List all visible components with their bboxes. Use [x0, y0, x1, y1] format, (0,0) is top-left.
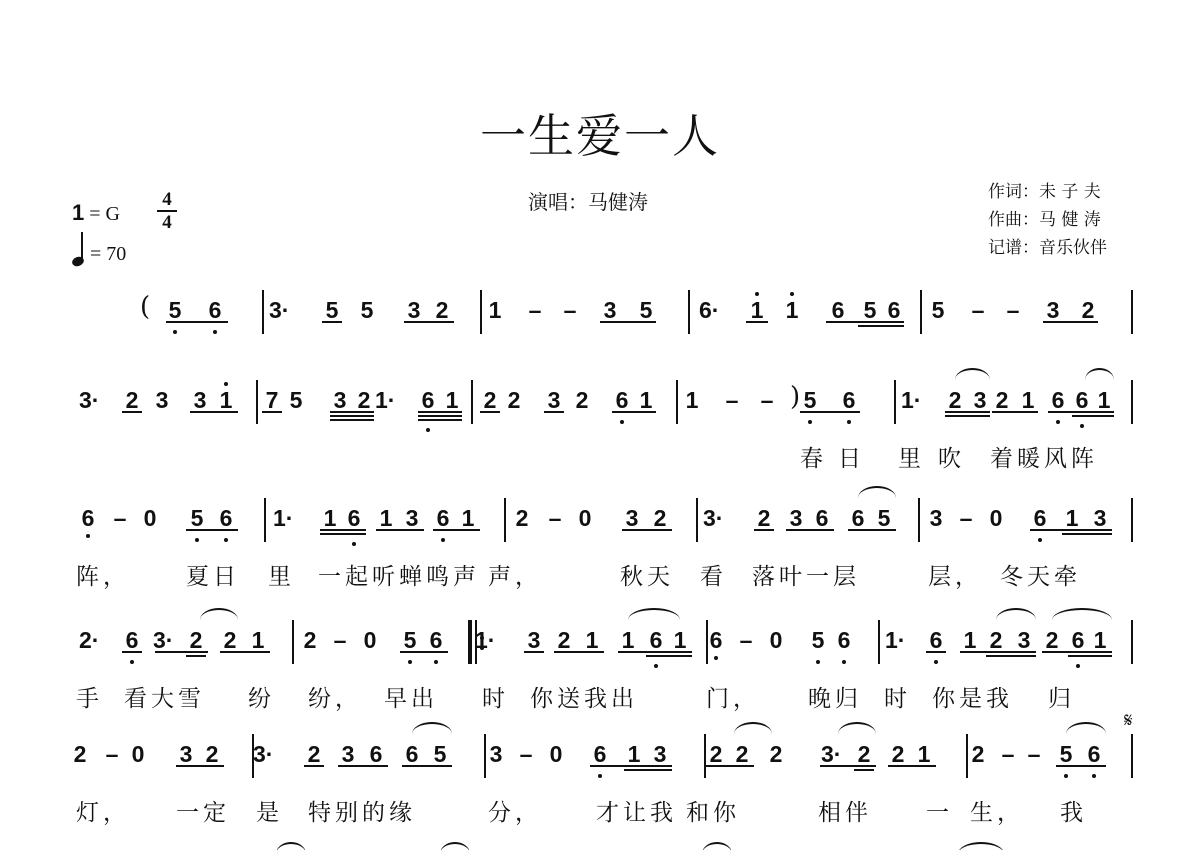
note: 5 [809, 628, 827, 652]
slur [734, 722, 772, 734]
note: 6 [345, 506, 363, 530]
note: 6 [434, 506, 452, 530]
underline-beam [1048, 411, 1114, 413]
slur [838, 722, 876, 734]
low-octave-dot [620, 420, 624, 424]
note: 3· [153, 628, 183, 652]
note: 6 [835, 628, 853, 652]
time-bottom: 4 [157, 213, 177, 232]
barline [688, 290, 690, 334]
underline-beam [826, 321, 904, 323]
note: 3 [331, 388, 349, 412]
barline [1131, 498, 1133, 542]
low-octave-dot [441, 538, 445, 542]
underline-beam [1043, 321, 1098, 323]
underline-beam [418, 419, 462, 421]
note: 3 [487, 742, 505, 766]
underline-beam [320, 529, 366, 531]
low-octave-dot [195, 538, 199, 542]
note: 1 [583, 628, 601, 652]
underline-beam [433, 529, 480, 531]
note: – [957, 506, 975, 530]
note: – [1025, 742, 1043, 766]
note: 2 [555, 628, 573, 652]
underline-beam [945, 411, 990, 413]
note: 2 [889, 742, 907, 766]
time-signature: 4 4 [157, 190, 177, 232]
note: 6 [707, 628, 725, 652]
barline [262, 290, 264, 334]
note: 6 [613, 388, 631, 412]
barline [1131, 380, 1133, 424]
note: 0 [767, 628, 785, 652]
note: 1 [1095, 388, 1113, 412]
lyric-text: 生， [970, 794, 1024, 827]
note: 6 [591, 742, 609, 766]
lyric-text: 看 [700, 558, 727, 591]
note: 5 [431, 742, 449, 766]
note: 2 [767, 742, 785, 766]
note: 3 [405, 298, 423, 322]
note: – [737, 628, 755, 652]
underline-beam [402, 765, 452, 767]
note: 2 [855, 742, 873, 766]
underline-beam [155, 651, 208, 653]
lyric-text: 早出 [384, 680, 438, 713]
barline [292, 620, 294, 664]
lyric-text: 里 [898, 440, 925, 473]
note: 0 [987, 506, 1005, 530]
note: 3 [525, 628, 543, 652]
lyric-text: 归 [1048, 680, 1075, 713]
note: 1 [619, 628, 637, 652]
note: 3 [787, 506, 805, 530]
note: 6 [1049, 388, 1067, 412]
underline-beam [1030, 529, 1112, 531]
note: 1 [683, 388, 701, 412]
note: 2 [123, 388, 141, 412]
lyric-text: 日 [838, 440, 865, 473]
note: 6· [699, 298, 729, 322]
lyric-text: 一 [926, 794, 953, 827]
note: 6 [849, 506, 867, 530]
barline [706, 620, 708, 664]
underline-beam [400, 651, 448, 653]
note: 5 [401, 628, 419, 652]
singer-credit: 演唱：马健涛 [528, 186, 648, 215]
barline [918, 498, 920, 542]
underline-beam [166, 321, 228, 323]
note: 2 [733, 742, 751, 766]
barline [480, 290, 482, 334]
underline-beam [858, 325, 904, 327]
note: 3· [269, 298, 299, 322]
note: 0 [576, 506, 594, 530]
note: 2 [71, 742, 89, 766]
underline-beam [220, 651, 270, 653]
note: 1 [321, 506, 339, 530]
low-octave-dot [1056, 420, 1060, 424]
note: 0 [547, 742, 565, 766]
high-octave-dot [224, 382, 228, 386]
lyric-text: 夏日 [186, 558, 240, 591]
barline [894, 380, 896, 424]
lyric-text: 特别的缘 [308, 794, 416, 827]
tempo-value: = 70 [90, 243, 126, 266]
note: 3 [623, 506, 641, 530]
note: 5 [861, 298, 879, 322]
barline [878, 620, 880, 664]
note: – [561, 298, 579, 322]
underline-beam [122, 651, 142, 653]
note: 5 [875, 506, 893, 530]
note: 3 [545, 388, 563, 412]
note: 3 [927, 506, 945, 530]
underline-beam [330, 411, 374, 413]
lyric-text: 手 [76, 680, 103, 713]
underline-beam [624, 769, 672, 771]
underline-beam [888, 765, 936, 767]
note: 0 [141, 506, 159, 530]
note: 6 [647, 628, 665, 652]
low-octave-dot [847, 420, 851, 424]
barline [696, 498, 698, 542]
slur [702, 842, 732, 850]
underline-beam [706, 765, 754, 767]
note: 2 [993, 388, 1011, 412]
barline [504, 498, 506, 542]
low-octave-dot [714, 656, 718, 660]
note: 2 [651, 506, 669, 530]
note: 2 [305, 742, 323, 766]
note: 1 [915, 742, 933, 766]
barline [484, 734, 486, 778]
note: 6 [1073, 388, 1091, 412]
slur [200, 608, 238, 620]
lyric-text: 纷， [308, 680, 362, 713]
lyric-text: 层， [928, 558, 982, 591]
slur [858, 486, 896, 498]
note: 2 [987, 628, 1005, 652]
note: 5 [287, 388, 305, 412]
underline-beam [262, 411, 282, 413]
underline-beam [304, 765, 324, 767]
note: 2 [1043, 628, 1061, 652]
underline-beam [992, 411, 1038, 413]
low-octave-dot [654, 664, 658, 668]
barline [252, 734, 254, 778]
key-tonic: 1 [72, 200, 84, 225]
song-title: 一生爱一人 [0, 100, 1200, 166]
high-octave-dot [755, 292, 759, 296]
barline [966, 734, 968, 778]
underline-beam [176, 765, 224, 767]
underline-beam [800, 411, 860, 413]
low-octave-dot [1064, 774, 1068, 778]
underline-beam [618, 651, 692, 653]
note: 3 [177, 742, 195, 766]
low-octave-dot [408, 660, 412, 664]
note: 6 [1069, 628, 1087, 652]
lyric-text: 才让我 [596, 794, 677, 827]
slur [1066, 722, 1106, 734]
underline-beam [480, 411, 500, 413]
low-octave-dot [842, 660, 846, 664]
note: 5 [358, 298, 376, 322]
note: 6 [123, 628, 141, 652]
lyric-text: 着暖风阵 [990, 440, 1098, 473]
note: 2 [573, 388, 591, 412]
slur [412, 722, 452, 734]
lyric-text: 时 [482, 680, 509, 713]
lyricist-credit: 作词：未 子 夫 [988, 178, 1107, 206]
lyric-text: 分， [488, 794, 542, 827]
note: 6 [419, 388, 437, 412]
underline-beam [338, 765, 388, 767]
note: 1 [249, 628, 267, 652]
note: 3 [971, 388, 989, 412]
note: 2 [969, 742, 987, 766]
note: 1 [459, 506, 477, 530]
low-octave-dot [86, 534, 90, 538]
underline-beam [376, 529, 424, 531]
underline-beam [554, 651, 604, 653]
note: 6 [927, 628, 945, 652]
lyric-text: 阵， [76, 558, 130, 591]
underline-beam [404, 321, 454, 323]
note: 3 [651, 742, 669, 766]
slur [276, 842, 306, 850]
note: 2 [707, 742, 725, 766]
low-octave-dot [130, 660, 134, 664]
barline [471, 380, 473, 424]
underline-beam [1042, 651, 1112, 653]
note: 1 [1019, 388, 1037, 412]
underline-beam [786, 529, 834, 531]
barline [676, 380, 678, 424]
note: 1· [273, 506, 303, 530]
lyric-text: 一起听蝉鸣声 [318, 558, 480, 591]
lyric-text: 秋天 [620, 558, 674, 591]
lyric-text: 冬天牵 [1000, 558, 1081, 591]
underline-beam [646, 655, 692, 657]
note: 2 [187, 628, 205, 652]
lyric-text: 你是我 [932, 680, 1013, 713]
note: 3 [153, 388, 171, 412]
tempo-marking: = 70 [72, 232, 126, 266]
note: 6 [813, 506, 831, 530]
slur [628, 608, 680, 620]
note: 6 [403, 742, 421, 766]
slur [955, 368, 990, 380]
lyric-text: 春 [800, 440, 827, 473]
underline-beam [524, 651, 544, 653]
note: 2 [433, 298, 451, 322]
note: 1 [671, 628, 689, 652]
repeat-barline-thin [475, 620, 477, 664]
note: 1 [783, 298, 801, 322]
note: 6 [829, 298, 847, 322]
parenthesis: ( [140, 292, 150, 322]
note: 2 [301, 628, 319, 652]
repeat-dot [480, 646, 484, 650]
underline-beam [600, 321, 656, 323]
underline-beam [1072, 415, 1114, 417]
note: 1 [1091, 628, 1109, 652]
underline-beam [612, 411, 656, 413]
underline-beam [418, 415, 462, 417]
note: 1 [625, 742, 643, 766]
note: 5 [166, 298, 184, 322]
note: 6 [1031, 506, 1049, 530]
note: 5 [323, 298, 341, 322]
note: – [758, 388, 776, 412]
note: 2· [79, 628, 109, 652]
underline-beam [746, 321, 768, 323]
note: 6 [1085, 742, 1103, 766]
lyric-text: 门， [706, 680, 760, 713]
underline-beam [590, 765, 672, 767]
note: 1 [486, 298, 504, 322]
note: 2 [221, 628, 239, 652]
note: 1 [1063, 506, 1081, 530]
low-octave-dot [434, 660, 438, 664]
underline-beam [418, 411, 462, 413]
note: – [723, 388, 741, 412]
note: 5 [1057, 742, 1075, 766]
low-octave-dot [426, 428, 430, 432]
segno-icon: 𝄋 [1124, 708, 1133, 732]
note: 3 [191, 388, 209, 412]
slur [440, 842, 470, 850]
note: 2 [1079, 298, 1097, 322]
note: 6 [206, 298, 224, 322]
low-octave-dot [816, 660, 820, 664]
note: – [546, 506, 564, 530]
note: 1 [443, 388, 461, 412]
lyric-text: 相伴 [818, 794, 872, 827]
time-top: 4 [157, 190, 177, 209]
underline-beam [320, 533, 366, 535]
lyric-text: 吹 [938, 440, 965, 473]
note: 3 [601, 298, 619, 322]
note: 6 [79, 506, 97, 530]
note: 0 [361, 628, 379, 652]
underline-beam [945, 415, 990, 417]
note: 6 [217, 506, 235, 530]
note: – [1004, 298, 1022, 322]
underline-beam [622, 529, 672, 531]
key-signature: 1 = G [72, 200, 120, 226]
credits-block: 作词：未 子 夫 作曲：马 健 涛 记谱：音乐伙伴 [988, 178, 1107, 262]
note: 3· [253, 742, 283, 766]
note: 3 [403, 506, 421, 530]
low-octave-dot [224, 538, 228, 542]
lyric-text: 你送我出 [530, 680, 638, 713]
note: 2 [505, 388, 523, 412]
lyric-text: 纷 [248, 680, 275, 713]
underline-beam [322, 321, 342, 323]
underline-beam [1062, 533, 1112, 535]
barline [264, 498, 266, 542]
underline-beam [820, 765, 876, 767]
slur [1052, 608, 1112, 620]
slur [1085, 368, 1114, 380]
note: 5 [188, 506, 206, 530]
repeat-dot [480, 636, 484, 640]
low-octave-dot [1080, 424, 1084, 428]
note: 3· [79, 388, 109, 412]
lyric-text: 是 [256, 794, 283, 827]
low-octave-dot [1092, 774, 1096, 778]
quarter-note-icon [72, 232, 86, 266]
note: 1· [885, 628, 915, 652]
underline-beam [190, 411, 238, 413]
barline [1131, 620, 1133, 664]
underline-beam [330, 419, 374, 421]
note: 3· [703, 506, 733, 530]
note: 5 [637, 298, 655, 322]
underline-beam [544, 411, 564, 413]
lyric-text: 和你 [686, 794, 740, 827]
note: 3 [1015, 628, 1033, 652]
note: – [969, 298, 987, 322]
key-name: = G [84, 203, 120, 225]
underline-beam [122, 411, 142, 413]
note: 6 [427, 628, 445, 652]
low-octave-dot [213, 330, 217, 334]
composer-credit: 作曲：马 健 涛 [988, 206, 1107, 234]
note: 7 [263, 388, 281, 412]
underline-beam [186, 655, 206, 657]
note: – [111, 506, 129, 530]
underline-beam [754, 529, 774, 531]
lyric-text: 落叶一层 [752, 558, 860, 591]
note: 3 [1091, 506, 1109, 530]
lyric-text: 看大雪 [124, 680, 205, 713]
barline [256, 380, 258, 424]
underline-beam [1068, 655, 1112, 657]
slur [996, 608, 1036, 620]
note: – [331, 628, 349, 652]
low-octave-dot [934, 660, 938, 664]
high-octave-dot [790, 292, 794, 296]
underline-beam [926, 651, 946, 653]
note: 1· [375, 388, 405, 412]
note: 1 [748, 298, 766, 322]
barline [1131, 734, 1133, 778]
note: 5 [929, 298, 947, 322]
note: 3 [339, 742, 357, 766]
underline-beam [186, 529, 238, 531]
low-octave-dot [1076, 664, 1080, 668]
note: 3 [1044, 298, 1062, 322]
note: 6 [885, 298, 903, 322]
parenthesis: ) [790, 382, 800, 412]
underline-beam [330, 415, 374, 417]
note: – [517, 742, 535, 766]
underline-beam [960, 651, 1036, 653]
note: – [999, 742, 1017, 766]
low-octave-dot [1038, 538, 1042, 542]
low-octave-dot [352, 542, 356, 546]
low-octave-dot [598, 774, 602, 778]
note: 1 [637, 388, 655, 412]
note: – [103, 742, 121, 766]
note: 1 [217, 388, 235, 412]
note: – [526, 298, 544, 322]
low-octave-dot [808, 420, 812, 424]
